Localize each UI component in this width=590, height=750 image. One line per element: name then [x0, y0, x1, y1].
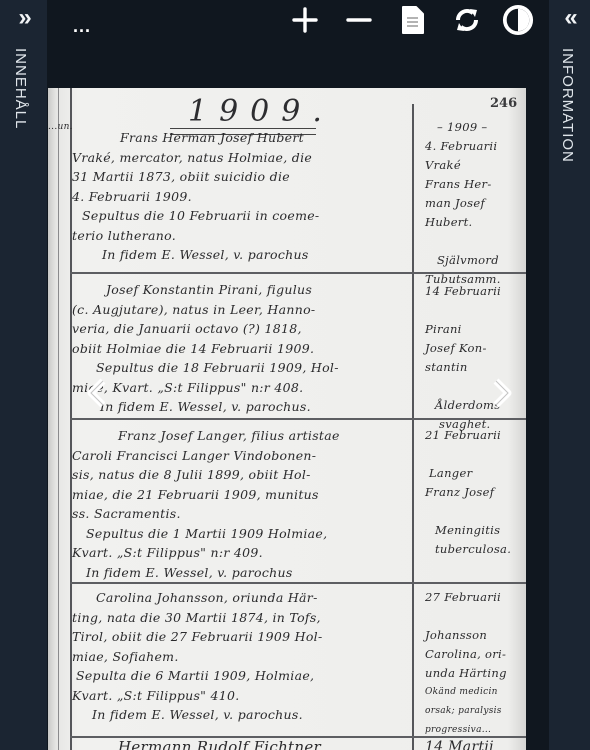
register-entry: Hermann Rudolf Fichtner: [72, 738, 412, 750]
page-number: 246: [490, 96, 517, 111]
register-entry-margin: 27 Februarii Johansson Carolina, ori- un…: [425, 588, 525, 740]
chevron-left-icon: [81, 376, 115, 410]
year-heading: 1909.: [188, 94, 334, 129]
margin-fragment: ...un.: [48, 122, 73, 132]
register-entry-margin: 21 Februarii Langer Franz Josef Meningit…: [425, 426, 525, 559]
register-entry: Frans Herman Josef Hubert Vraké, mercato…: [72, 128, 412, 265]
contrast-icon: [502, 3, 534, 37]
register-entry: Josef Konstantin Pirani, figulus (c. Aug…: [72, 280, 412, 417]
register-entry: Carolina Johansson, oriunda Här- ting, n…: [72, 588, 412, 725]
register-entry-margin: 14 Martii: [425, 738, 525, 750]
image-viewer: ... ...un. 1909. 246 Frans Herman Josef …: [47, 0, 549, 750]
document-button[interactable]: [397, 4, 429, 36]
document-page-image[interactable]: ...un. 1909. 246 Frans Herman Josef Hube…: [48, 88, 526, 750]
information-panel-tab[interactable]: INFORMATION: [559, 48, 576, 163]
minus-icon: [346, 7, 372, 33]
register-entry-margin: 14 Februarii Pirani Josef Kon- stantin Å…: [425, 282, 525, 434]
right-sidebar-information: « INFORMATION: [549, 0, 590, 750]
zoom-in-button[interactable]: [289, 4, 321, 36]
contents-panel-tab[interactable]: INNEHÅLL: [12, 48, 29, 129]
left-sidebar-contents: » INNEHÅLL: [0, 0, 47, 750]
double-chevron-left-icon[interactable]: «: [549, 8, 590, 28]
next-page-button[interactable]: [484, 376, 518, 410]
zoom-out-button[interactable]: [343, 4, 375, 36]
register-entry: Franz Josef Langer, filius artistae Caro…: [72, 426, 412, 582]
contrast-button[interactable]: [502, 4, 534, 36]
rotate-icon: [452, 5, 482, 35]
rotate-button[interactable]: [451, 4, 483, 36]
chevron-right-icon: [484, 376, 518, 410]
double-chevron-right-icon[interactable]: »: [0, 8, 47, 28]
plus-icon: [292, 7, 318, 33]
more-options-button[interactable]: ...: [73, 16, 91, 37]
register-entry-margin: – 1909 – 4. Februarii Vraké Frans Her- m…: [425, 118, 525, 289]
document-icon: [400, 5, 426, 35]
previous-page-button[interactable]: [81, 376, 115, 410]
